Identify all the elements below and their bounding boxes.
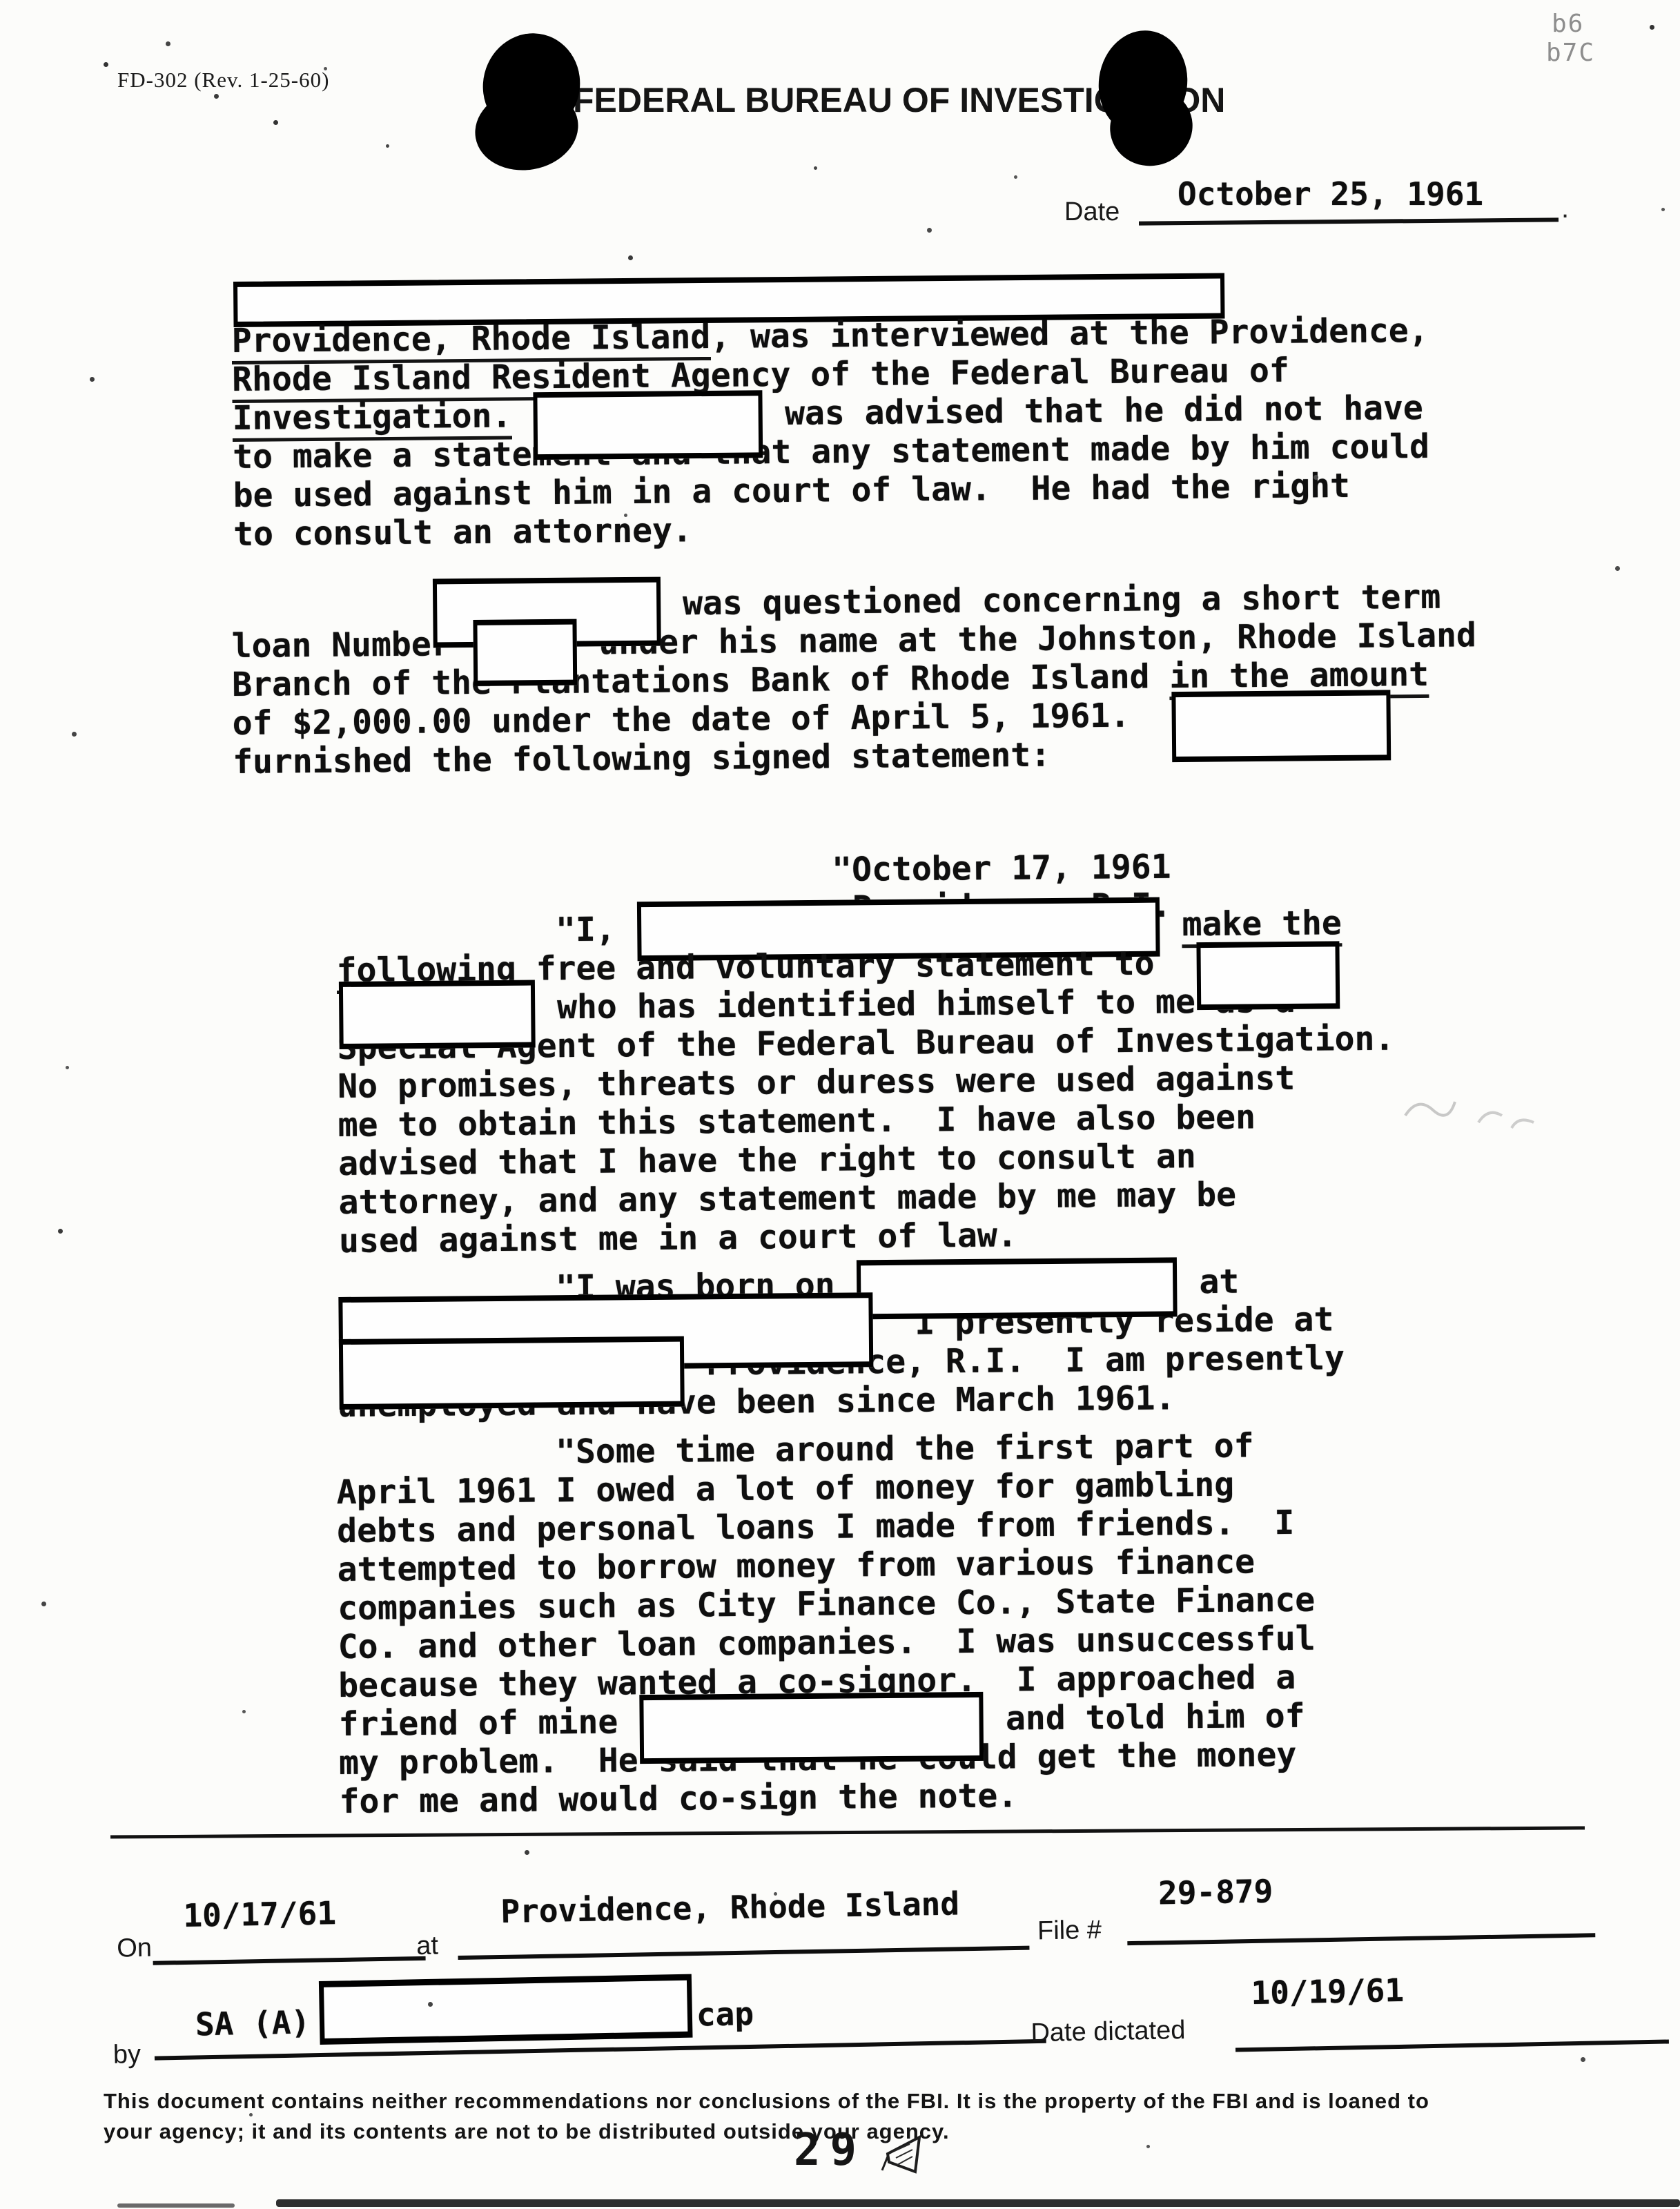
redaction-box xyxy=(319,1974,693,2045)
text-run: used against me in a court of law. xyxy=(339,1216,1017,1261)
interview-date-value: 10/17/61 xyxy=(183,1894,336,1934)
handwriting-mark xyxy=(1401,1082,1546,1145)
text-run: and told him of xyxy=(986,1697,1305,1738)
at-label: at xyxy=(416,1931,438,1962)
scan-artifact xyxy=(276,2199,1680,2207)
footer-divider xyxy=(110,1826,1585,1838)
scan-artifact xyxy=(117,2203,235,2208)
text-run: was advised that he did not have xyxy=(765,389,1423,433)
redaction-box xyxy=(473,619,577,686)
text-run: "October 17, 1961 xyxy=(832,848,1171,889)
text-run: for me and would co-sign the note. xyxy=(339,1776,1017,1821)
date-dictated-label: Date dictated xyxy=(1031,2016,1186,2048)
on-label: On xyxy=(117,1934,152,1964)
by-label: by xyxy=(113,2040,141,2070)
redaction-box xyxy=(1196,941,1340,1010)
text-run: was questioned concerning a short term xyxy=(663,578,1440,623)
date-value: October 25, 1961 xyxy=(1178,175,1483,213)
text-line: "October 17, 1961 xyxy=(832,848,1171,889)
form-line xyxy=(155,2039,1046,2061)
typist-initials-value: cap xyxy=(696,1995,754,2034)
form-line xyxy=(1127,1933,1595,1945)
text-run: "I, xyxy=(336,910,636,951)
redaction-box xyxy=(640,1692,984,1764)
text-run: who has identified himself to me as a xyxy=(537,982,1296,1027)
text-run: I approached a xyxy=(977,1658,1296,1700)
fd302-document-page: FD-302 (Rev. 1-25-60) FEDERAL BUREAU OF … xyxy=(0,0,1680,2209)
page-number: 29 xyxy=(794,2125,866,2176)
form-number: FD-302 (Rev. 1-25-60) xyxy=(117,68,329,93)
classification-mark-b7c: b7C xyxy=(1546,39,1595,67)
margin-doodle-icon xyxy=(878,2130,936,2188)
agent-title-value: SA (A) xyxy=(195,2003,311,2043)
text-run: free and voluntary statement to xyxy=(516,944,1195,989)
text-run xyxy=(1162,905,1182,944)
text-run: furnished the following signed statement… xyxy=(233,736,1051,781)
text-run: friend of mine xyxy=(338,1702,638,1744)
statement-paragraph-2: "I was born on at I presently reside at … xyxy=(336,1261,1345,1425)
statement-paragraph-1: "I, make thefollowing free and voluntary… xyxy=(336,904,1396,1261)
text-run: Agency of the Federal Bureau of xyxy=(651,351,1289,396)
text-run: , was interviewed at the Providence, xyxy=(710,311,1429,356)
text-line: used against me in a court of law. xyxy=(339,1213,1396,1261)
text-run xyxy=(511,396,531,435)
paragraph-interview-intro: Providence, Rhode Island, was interviewe… xyxy=(231,273,1430,554)
classification-mark-b6: b6 xyxy=(1552,10,1584,38)
date-label: Date xyxy=(1064,197,1120,227)
redaction-box xyxy=(857,1257,1178,1319)
text-run: to consult an attorney. xyxy=(233,511,692,554)
form-line xyxy=(458,1946,1030,1960)
statement-paragraph-3: "Some time around the first part ofApril… xyxy=(336,1426,1317,1821)
text-line: for me and would co-sign the note. xyxy=(339,1774,1316,1821)
redaction-box xyxy=(339,1336,685,1410)
form-line xyxy=(153,1956,426,1965)
text-run: at xyxy=(1179,1263,1239,1302)
paragraph-loan-questioning: was questioned concerning a short termlo… xyxy=(231,577,1478,781)
file-number-value: 29-879 xyxy=(1158,1872,1273,1911)
redaction-box xyxy=(534,390,763,460)
file-number-label: File # xyxy=(1037,1916,1102,1947)
redaction-box xyxy=(1172,690,1391,762)
date-underline xyxy=(1139,217,1559,225)
text-run: attorney, and any statement made by me m… xyxy=(338,1176,1236,1222)
form-line xyxy=(1235,2039,1669,2052)
date-dictated-value: 10/19/61 xyxy=(1251,1972,1405,2012)
stray-mark: . xyxy=(1561,193,1569,224)
interview-location-value: Providence, Rhode Island xyxy=(500,1885,960,1930)
redaction-box xyxy=(339,980,536,1049)
text-run xyxy=(231,586,431,627)
noise-specks xyxy=(0,0,2,2)
disclaimer-line-1: This document contains neither recommend… xyxy=(104,2086,1622,2116)
